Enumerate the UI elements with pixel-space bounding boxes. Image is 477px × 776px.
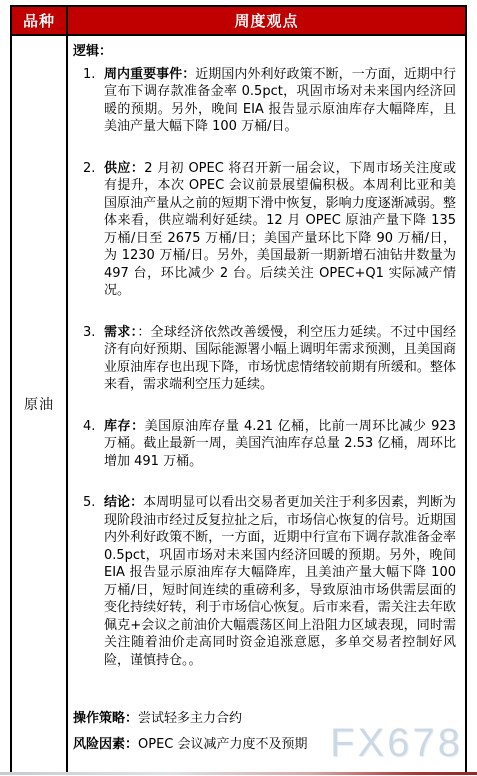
item-text: 本周明显可以看出交易者更加关注于利多因素，判断为现阶段油市经过反复拉扯之后，市场… [104, 495, 456, 668]
risk-text: OPEC 会议减产力度不及预期 [138, 737, 308, 752]
header-cell-variety: 品种 [12, 7, 68, 34]
opinion-item-demand: 3.需求：：全球经济依然改善缓慢，利空压力延续。不过中国经济有向好预期、国际能源… [83, 324, 456, 394]
strategy-risk-block: 操作策略：尝试轻多主力合约 风险因素：OPEC 会议减产力度不及预期 [73, 706, 456, 760]
item-text: 美国原油库存量 4.21 亿桶，比前一周环比减少 923 万桶。截止最新一周，美… [104, 419, 456, 469]
item-text: ：全球经济依然改善缓慢，利空压力延续。不过中国经济有向好预期、国际能源署小幅上调… [104, 325, 456, 393]
strategy-label: 操作策略： [73, 711, 138, 726]
item-label: 供应： [104, 161, 144, 176]
item-number: 2. [83, 160, 95, 178]
strategy-line: 操作策略：尝试轻多主力合约 [73, 706, 456, 732]
table-body-row: 原油 逻辑： 1.周内重要事件：近期国内外利好政策不断，一方面，近期中行宣布下调… [12, 36, 465, 772]
item-number: 3. [83, 324, 95, 342]
item-label: 需求： [104, 325, 137, 340]
opinion-item-inventory: 4.库存：美国原油库存量 4.21 亿桶，比前一周环比减少 923 万桶。截止最… [83, 418, 456, 471]
table-header-row: 品种 周度观点 [12, 7, 465, 36]
item-label: 周内重要事件： [104, 67, 195, 82]
weekly-view-content: 逻辑： 1.周内重要事件：近期国内外利好政策不断，一方面，近期中行宣布下调存款准… [68, 36, 465, 772]
logic-label: 逻辑： [73, 43, 456, 61]
risk-line: 风险因素：OPEC 会议减产力度不及预期 [73, 732, 456, 758]
item-text: 2 月初 OPEC 将召开新一届会议，下周市场关注度或有提升，本次 OPEC 会… [104, 161, 456, 299]
item-number: 1. [83, 66, 95, 84]
weekly-view-table: 品种 周度观点 原油 逻辑： 1.周内重要事件：近期国内外利好政策不断，一方面，… [10, 5, 467, 772]
variety-cell: 原油 [12, 36, 68, 772]
risk-label: 风险因素： [73, 737, 138, 752]
strategy-text: 尝试轻多主力合约 [138, 711, 242, 726]
header-cell-weekly-view: 周度观点 [68, 7, 465, 34]
bottom-accent-line [0, 772, 477, 775]
item-label: 库存： [104, 419, 145, 434]
opinion-item-conclusion: 5.结论：本周明显可以看出交易者更加关注于利多因素，判断为现阶段油市经过反复拉扯… [83, 494, 456, 669]
item-number: 4. [83, 418, 95, 436]
opinion-item-weekly-events: 1.周内重要事件：近期国内外利好政策不断，一方面，近期中行宣布下调存款准备金率 … [83, 66, 456, 136]
opinion-item-supply: 2.供应：2 月初 OPEC 将召开新一届会议，下周市场关注度或有提升，本次 O… [83, 160, 456, 300]
opinion-list: 1.周内重要事件：近期国内外利好政策不断，一方面，近期中行宣布下调存款准备金率 … [83, 66, 456, 670]
item-number: 5. [83, 494, 95, 512]
item-label: 结论： [104, 495, 143, 510]
